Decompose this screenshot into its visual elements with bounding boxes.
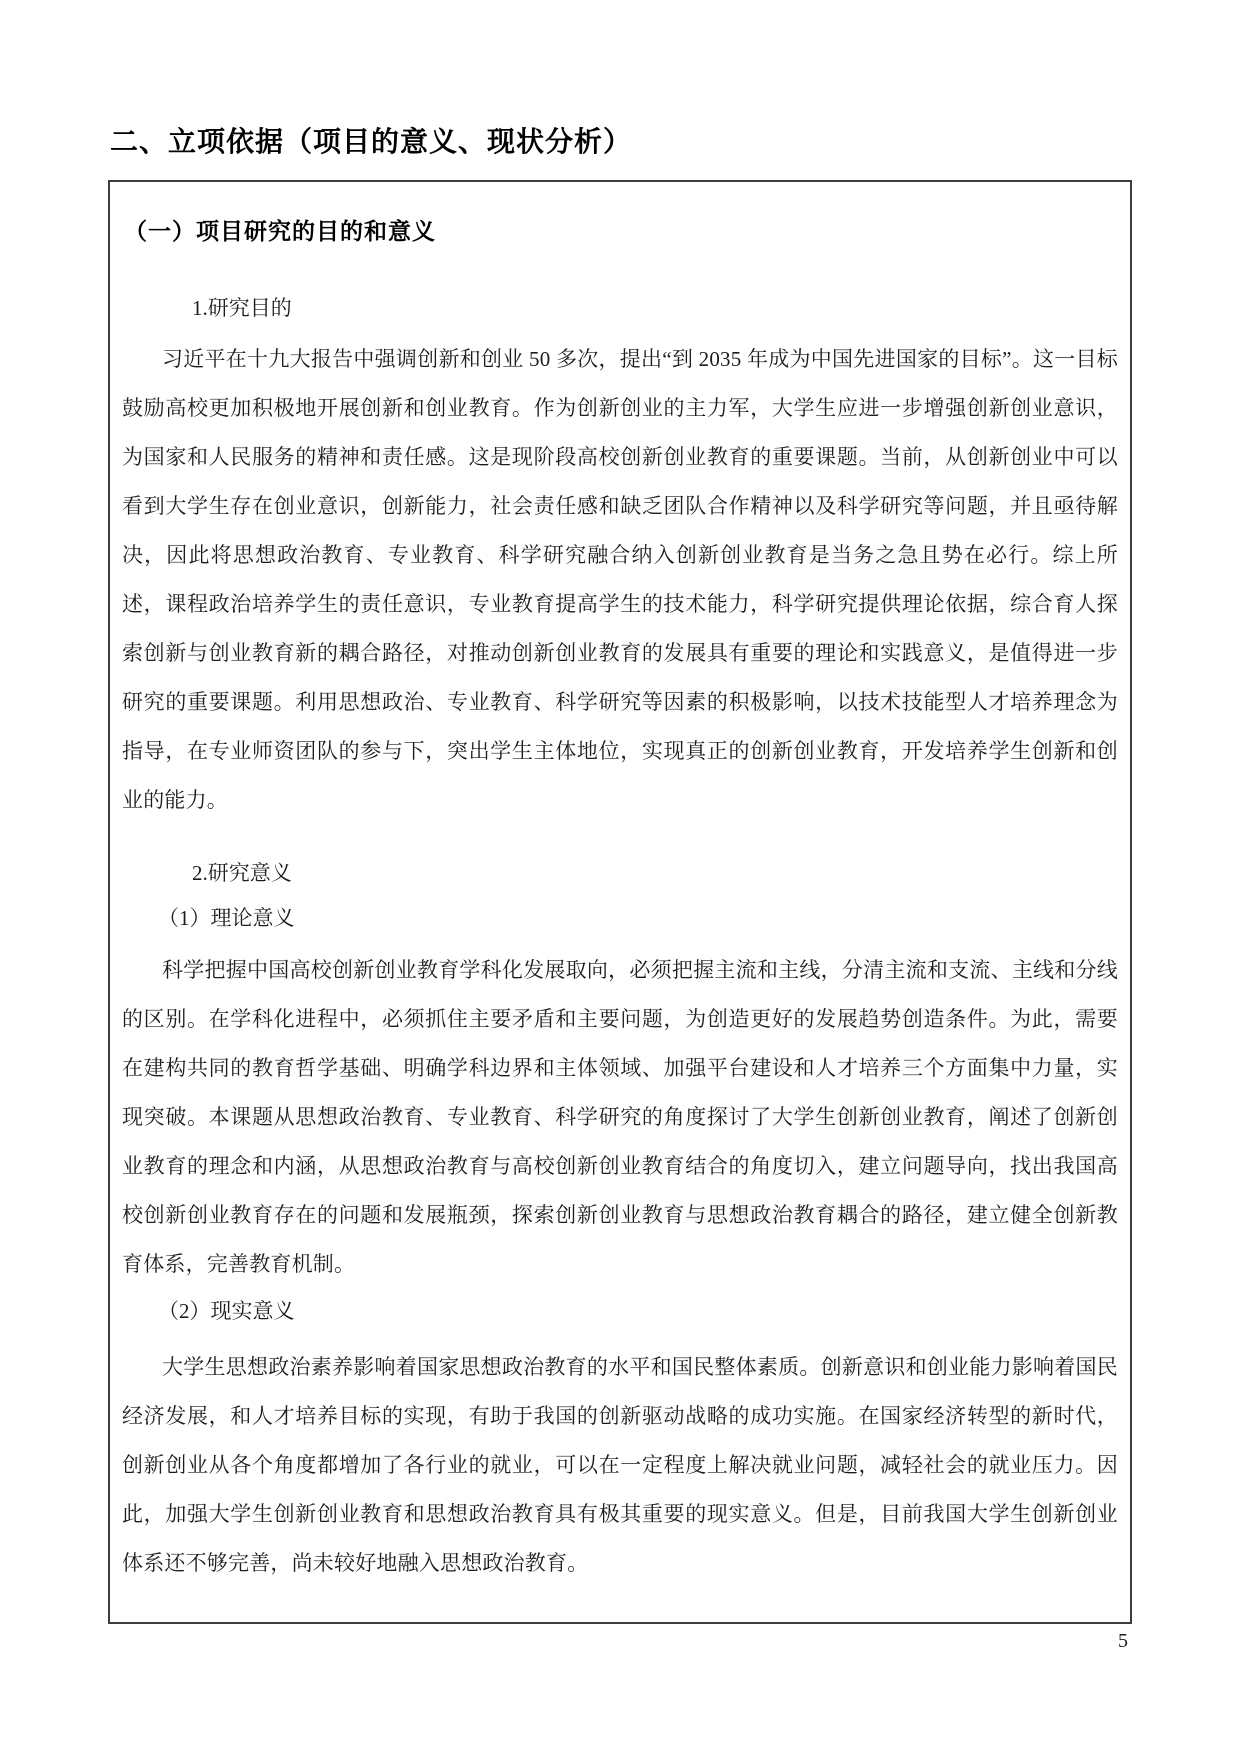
box-heading: （一）项目研究的目的和意义 [124, 213, 1118, 246]
research-purpose-label: 1.研究目的 [192, 286, 1118, 331]
section-title: 二、立项依据（项目的意义、现状分析） [110, 120, 632, 160]
page-number: 5 [1118, 1630, 1128, 1653]
document-page: { "page": { "section_title": "二、立项依据（项目的… [0, 0, 1240, 1753]
research-significance-label: 2.研究意义 [192, 851, 1118, 896]
content-box: （一）项目研究的目的和意义 1.研究目的 习近平在十九大报告中强调创新和创业 5… [108, 180, 1132, 1624]
theoretical-significance-label: （1）理论意义 [158, 896, 1118, 941]
theoretical-significance-paragraph: 科学把握中国高校创新创业教育学科化发展取向，必须把握主流和主线，分清主流和支流、… [122, 946, 1118, 1289]
research-purpose-paragraph: 习近平在十九大报告中强调创新和创业 50 多次，提出“到 2035 年成为中国先… [122, 335, 1118, 825]
practical-significance-label: （2）现实意义 [158, 1289, 1118, 1334]
practical-significance-paragraph: 大学生思想政治素养影响着国家思想政治教育的水平和国民整体素质。创新意识和创业能力… [122, 1343, 1118, 1588]
